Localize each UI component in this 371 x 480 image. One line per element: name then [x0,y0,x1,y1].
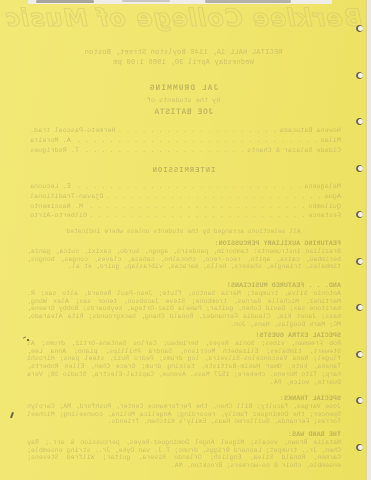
dotted-leader: . . . . . . . . . . . . . . . . . . . . … [74,137,318,145]
dotted-leader: . . . . . . . . . . . . . . . . . . . . … [106,193,321,201]
binding-hole [356,258,363,265]
section-heading-musicians: AND. . . FEATURED MUSICIANS! [227,282,341,290]
program-row: Quilombo . . . . . . . . . . . . . . . .… [30,203,341,213]
section-heading-guests: SPECIAL EXTRA GUESTS! [255,332,341,340]
section-heading-percussion: FEATURING AUXILIARY PERCUSSION: [215,240,341,248]
composer: A. Moreira [30,137,71,145]
page-edge-shadow [365,0,367,480]
program-row: Festance . . . . . . . . . . . . . . . .… [30,212,341,222]
intermission-label: INTERMISSION [0,167,367,175]
program-row: Agua . . . . . . . . . . . . . . . . . .… [30,193,341,203]
section-heading-band: THE BAND WAS: [288,431,341,439]
dotted-leader: . . . . . . . . . . . . . . . . . . . . … [82,147,244,155]
composer: M. Nascimento [30,203,83,211]
song-title: Quilombo [308,203,341,211]
dotted-leader: . . . . . . . . . . . . . . . . . . . . … [90,212,305,220]
venue-line: RECITAL HALL 1A, 1140 Boylston Street, B… [0,49,367,57]
date-line: Wednesday April 30, 1986 1:00 pm [0,59,367,67]
song-title: Cidade Salazar & Chants [247,147,341,155]
binding-hole [356,72,363,79]
scan-background: Berklee College of Music RECITAL HALL 1A… [0,0,371,480]
section-body-percussion: Brazilian instruments: tamborim, pandeir… [27,248,341,271]
ink-speck [27,339,29,341]
program-row: Malaguena . . . . . . . . . . . . . . . … [30,183,341,193]
section-body-thanks: Jose Vargas, faculty; Bill Chen, the Per… [27,403,341,426]
dotted-leader: . . . . . . . . . . . . . . . . . . . . … [74,183,301,191]
section-body-guests: Rob Freeman, vibes; Sonia Reyes, berimba… [27,340,341,386]
composer: E. Lecuona [30,183,71,191]
composer: T. Rodrigues [30,147,79,155]
section-body-musicians: Antonio Silva, trumpet; Maria Santos, fl… [27,290,341,329]
program-title: JAL DRUMMING [0,84,367,93]
binding-hole [356,165,363,172]
binding-hole [356,351,363,358]
composer: Gilberto-Airto [30,212,87,220]
dotted-leader: . . . . . . . . . . . . . . . . . . . . … [119,127,277,135]
program-director: JOE BATISTA [0,108,367,117]
song-title: Agua [325,193,341,201]
binding-hole [356,118,363,125]
program-row: Milao . . . . . . . . . . . . . . . . . … [30,137,341,147]
binding-hole [356,397,363,404]
program-list-second-half: Malaguena . . . . . . . . . . . . . . . … [30,183,341,222]
section-heading-thanks: SPECIAL THANKS: [280,395,341,403]
arrangement-note: All selections arranged by the students … [0,228,367,235]
section-body-band: Natalie Brown, vocals; Miguel Angel Domi… [27,439,341,470]
program-page-back: Berklee College of Music RECITAL HALL 1A… [0,0,367,480]
song-title: Festance [308,212,341,220]
binding-hole [356,444,363,451]
binding-hole [356,25,363,32]
dotted-leader: . . . . . . . . . . . . . . . . . . . . … [86,203,305,211]
composer: Djavan-Traditional [30,193,103,201]
song-title: Novena Batucada [280,127,341,135]
program-row: Cidade Salazar & Chants . . . . . . . . … [30,147,341,157]
berklee-logo: Berklee College of Music [0,4,367,32]
program-row: Novena Batucada . . . . . . . . . . . . … [30,127,341,137]
binding-hole [356,304,363,311]
composer: Hermeto-Pascoal trad. [30,127,116,135]
program-list-first-half: Novena Batucada . . . . . . . . . . . . … [30,127,341,156]
binding-hole [356,211,363,218]
bleedthrough-content: Berklee College of Music RECITAL HALL 1A… [0,0,367,480]
song-title: Milao [321,137,341,145]
scan-edge-smudge [36,0,94,3]
song-title: Malaguena [304,183,341,191]
scan-edge-smudge [122,0,170,2]
program-subtitle: by the students of [0,97,367,105]
scan-edge-smudge [205,0,291,3]
